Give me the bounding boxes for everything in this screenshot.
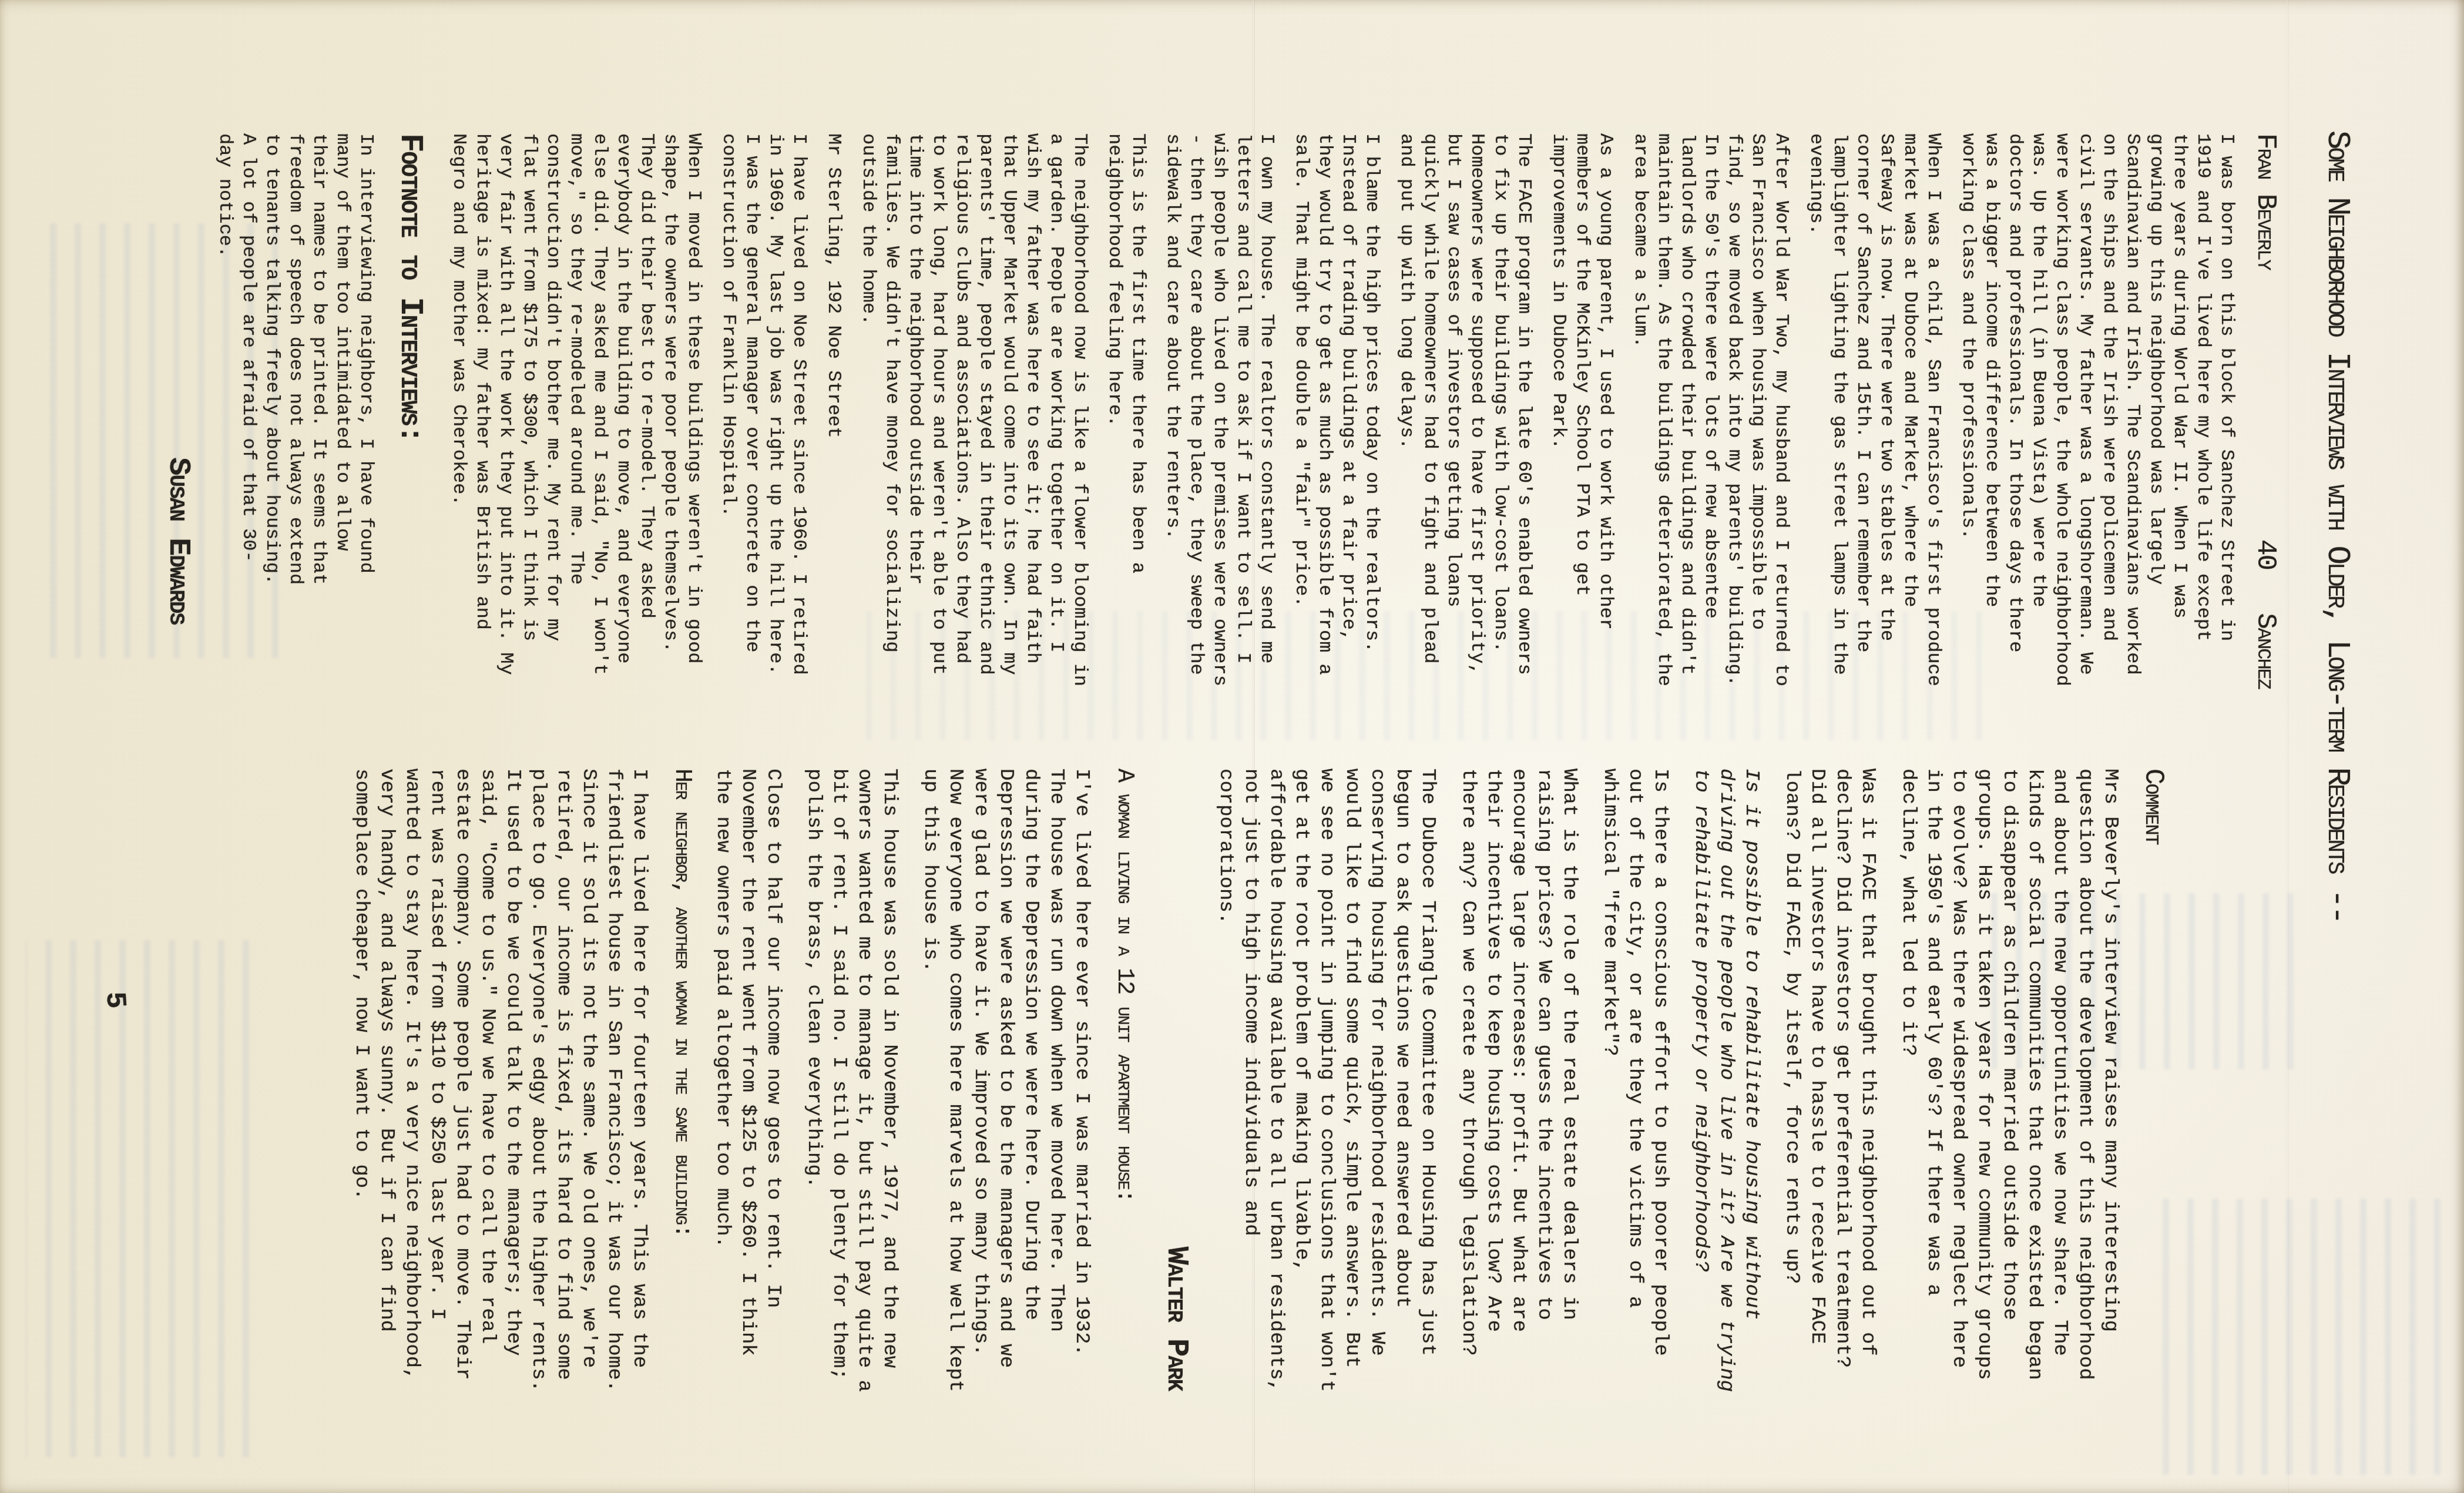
neighbor-interview-heading: Her neighbor, another woman in the same … bbox=[669, 769, 694, 1393]
interview-paragraph: As a young parent, I used to work with o… bbox=[1547, 133, 1617, 689]
column-left: Fran Beverly 40 Sanchez I was born on th… bbox=[166, 133, 2277, 689]
interview-paragraph: Close to half our income now goes to ren… bbox=[710, 769, 785, 1393]
interviewee-name: Fran Beverly bbox=[2254, 133, 2277, 270]
comment-paragraph: What is the role of the real estate deal… bbox=[1455, 769, 1582, 1393]
interview-paragraph: I was born on this block of Sanchez Stre… bbox=[1956, 133, 2238, 689]
interview-paragraph: I own my house. The realtors constantly … bbox=[1161, 133, 1278, 689]
comment-paragraph: Was it FACE that brought this neighborho… bbox=[1779, 769, 1880, 1393]
interview-paragraph: When I was a child, San Francisco's firs… bbox=[1804, 133, 1945, 689]
interview-paragraph: I have lived here for fourteen years. Th… bbox=[348, 769, 652, 1393]
house-number: 40 bbox=[2254, 539, 2277, 569]
interview-paragraph: The FACE program in the late 60's enable… bbox=[1395, 133, 1536, 689]
interview-paragraph: After World War Two, my husband and I re… bbox=[1629, 133, 1793, 689]
footnote-paragraph: In interviewing neighbors, I have found … bbox=[213, 133, 378, 592]
signature-susan-edwards: Susan Edwards bbox=[166, 133, 190, 689]
comment-paragraph-italic: Is it possible to rehabilitate housing w… bbox=[1688, 769, 1764, 1393]
bleed-through bbox=[2147, 1199, 2440, 1475]
column-right: Comment Mrs Beverly's interview raises m… bbox=[333, 769, 2171, 1393]
street-name: Sanchez bbox=[2254, 613, 2277, 689]
comment-heading: Comment bbox=[2140, 769, 2166, 1393]
subheading-sterling: Mr Sterling, 192 Noe Street bbox=[822, 133, 845, 689]
interview-paragraph: When I moved in these buildings weren't … bbox=[447, 133, 706, 689]
signature-walter-park: Walter Park bbox=[1164, 769, 1189, 1393]
bleed-through bbox=[26, 940, 249, 1457]
scanned-newsletter-page: Some Neighborhood Interviews with Older,… bbox=[0, 0, 2464, 1493]
interview-paragraph: The neighborhood now is like a flower bl… bbox=[857, 133, 1092, 689]
interview-paragraph: This is the first time there has been a … bbox=[1103, 133, 1150, 689]
page-title: Some Neighborhood Interviews with Older,… bbox=[2319, 130, 2355, 1423]
fold-crease-top bbox=[2286, 0, 2289, 1493]
footnote-heading: Footnote to Interviews: bbox=[398, 133, 421, 689]
interview-paragraph: I have lived on Noe Street since 1960. I… bbox=[717, 133, 811, 689]
comment-paragraph: Mrs Beverly's interview raises many inte… bbox=[1895, 769, 2123, 1393]
interview-paragraph: I've lived here ever since I was married… bbox=[917, 769, 1094, 1393]
comment-paragraph: The Duboce Triangle Committee on Housing… bbox=[1213, 769, 1440, 1393]
interview-header-fran-beverly: Fran Beverly 40 Sanchez bbox=[2254, 133, 2277, 689]
interview-paragraph: This house was sold in November, 1977, a… bbox=[801, 769, 902, 1393]
interview-paragraph: I blame the high prices today on the rea… bbox=[1290, 133, 1384, 689]
page-number: 5 bbox=[98, 991, 131, 1010]
apartment-interview-heading: A woman living in a 12 unit apartment ho… bbox=[1112, 769, 1137, 1393]
comment-paragraph: Is there a conscious effort to push poor… bbox=[1597, 769, 1673, 1393]
